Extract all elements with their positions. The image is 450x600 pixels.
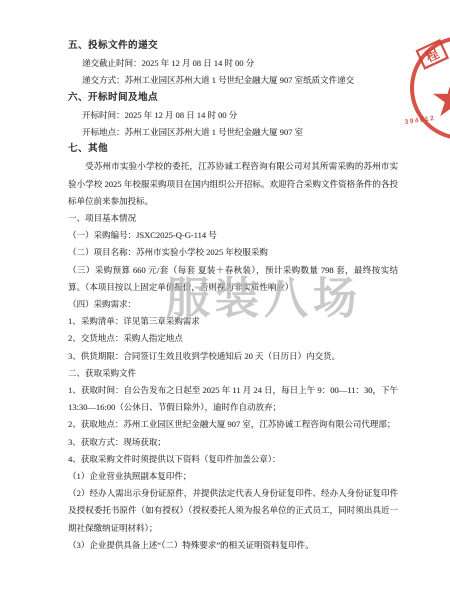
doc-line-license-copy: （1）企业营业执照副本复印件； <box>68 468 398 485</box>
document-body: 五、投标文件的递交 递交截止时间：2025 年 12 月 08 日 14 时 0… <box>68 38 398 554</box>
doc-line-materials-required: 4、获取采购文件时须提供以下资料（复印件加盖公章）： <box>68 451 398 468</box>
doc-line-procure-no: （一）采购编号：JSXC2025-Q-G-114 号 <box>68 227 398 244</box>
official-seal-stamp: 程 394012 <box>398 30 450 140</box>
doc-line-get-method: 3、获取方式：现场获取； <box>68 434 398 451</box>
doc-intro-paragraph: 受苏州市实验小学校的委托，江苏协诚工程咨询有限公司对其所需采购的苏州市实验小学校… <box>68 158 398 210</box>
doc-line-submit-method: 递交方式：苏州工业园区苏州大道 1 号世纪金融大厦 907 室纸质文件递交 <box>68 72 398 89</box>
doc-line-delivery-term: 3、供货期限：合同签订生效且收到学校通知后 20 天（日历日）内交货。 <box>68 348 398 365</box>
doc-line-id-requirements: （2）经办人需出示身份证原件，并提供法定代表人身份证复印件、经办人身份证复印件及… <box>68 485 398 537</box>
doc-line-requirements: （四）采购需求： <box>68 296 398 313</box>
doc-line-list: 1、采购清单：详见第三章采购需求 <box>68 313 398 330</box>
seal-character-box <box>417 40 448 68</box>
section-heading-other: 七、其他 <box>68 141 398 158</box>
document-page: 五、投标文件的递交 递交截止时间：2025 年 12 月 08 日 14 时 0… <box>0 0 450 600</box>
doc-line-budget: （三）采购预算 660 元/套（每套 夏装＋春秋装），预计采购数量 798 套，… <box>68 262 398 296</box>
star-icon <box>433 80 450 116</box>
seal-character: 程 <box>423 46 441 65</box>
section-heading-submission: 五、投标文件的递交 <box>68 38 398 55</box>
subsection-project-info: 一、项目基本情况 <box>68 210 398 227</box>
subsection-get-documents: 二、获取采购文件 <box>68 365 398 382</box>
doc-line-get-time: 1、获取时间：自公告发布之日起至 2025 年 11 月 24 日，每日上午 9… <box>68 382 398 416</box>
doc-line-open-time: 开标时间：2025 年 12 月 08 日 14 时 00 分 <box>68 107 398 124</box>
section-heading-opening: 六、开标时间及地点 <box>68 90 398 107</box>
doc-line-deadline: 递交截止时间：2025 年 12 月 08 日 14 时 00 分 <box>68 55 398 72</box>
doc-line-get-place: 2、获取地点：苏州工业园区世纪金融大厦 907 室，江苏协诚工程咨询有限公司代理… <box>68 416 398 433</box>
doc-line-open-place: 开标地点：苏州工业园区苏州大道 1 号世纪金融大厦 907 室 <box>68 124 398 141</box>
doc-line-delivery-place: 2、交货地点：采购人指定地点 <box>68 330 398 347</box>
seal-circle <box>412 38 450 138</box>
seal-serial: 394012 <box>404 115 435 126</box>
doc-line-project-name: （二）项目名称：苏州市实验小学校 2025 年校服采购 <box>68 244 398 261</box>
doc-line-special-proof: （3）企业提供具备上述“（二）特殊要求”的相关证明资料复印件。 <box>68 537 398 554</box>
